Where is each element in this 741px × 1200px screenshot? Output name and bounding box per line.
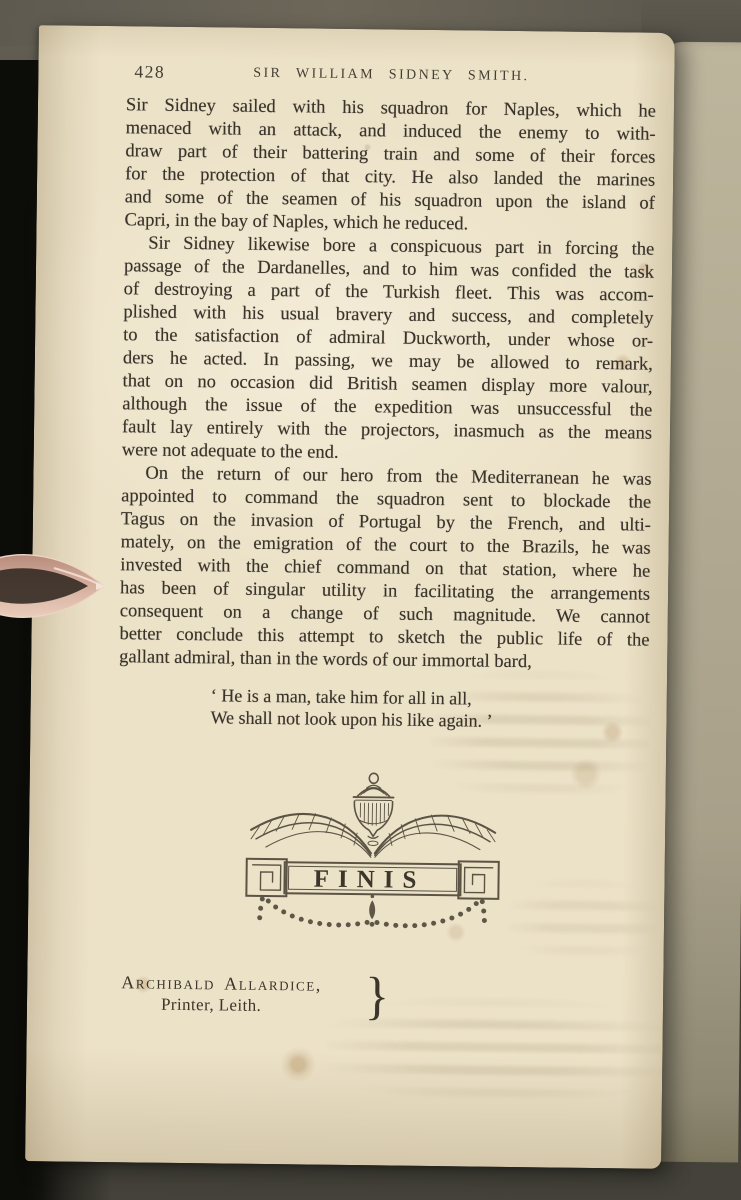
greek-key-endcap-right [458, 861, 498, 898]
text-block: 428 SIR WILLIAM SIDNEY SMITH. Sir Sidney… [118, 59, 656, 733]
page-number: 428 [134, 61, 165, 82]
greek-key-endcap-left [246, 859, 286, 896]
page-header: 428 SIR WILLIAM SIDNEY SMITH. [126, 59, 656, 91]
finis-ornament: FINIS [238, 768, 508, 937]
bleed-through-text-middle [508, 877, 659, 963]
text-line: We shall not look upon his like again. ’ [210, 706, 648, 733]
verse-quote: ‘ He is a man, take him for all in all,W… [210, 684, 649, 733]
paragraph-3: On the return of our hero from the Medit… [119, 462, 651, 675]
paragraph-2: Sir Sidney likewise bore a conspicuous p… [122, 232, 655, 468]
book-page: 428 SIR WILLIAM SIDNEY SMITH. Sir Sidney… [25, 25, 675, 1169]
bookmark-ribbon-tip [0, 546, 110, 626]
finis-label: FINIS [314, 866, 426, 894]
book-photo: 428 SIR WILLIAM SIDNEY SMITH. Sir Sidney… [0, 0, 741, 1200]
paragraph-1: Sir Sidney sailed with his squadron for … [124, 94, 656, 238]
pendant-drop [369, 894, 375, 926]
urn-icon [353, 773, 394, 846]
body-text: Sir Sidney sailed with his squadron for … [119, 94, 656, 675]
printer-colophon: Archibald Allardice, Printer, Leith. } [121, 972, 411, 1018]
running-header: SIR WILLIAM SIDNEY SMITH. [126, 59, 656, 86]
brace-glyph: } [365, 965, 390, 1026]
palm-frond-left [251, 813, 372, 857]
palm-frond-right [375, 814, 496, 858]
